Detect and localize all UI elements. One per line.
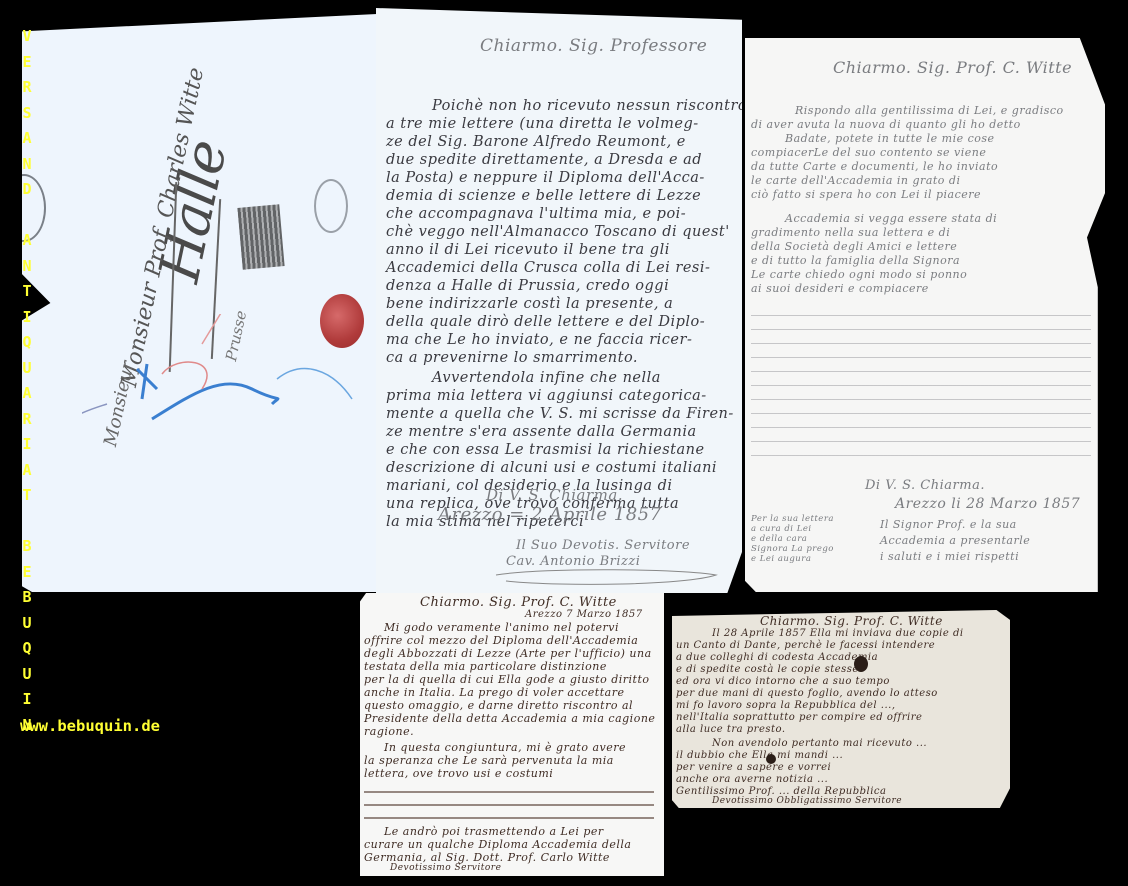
watermark-letter: R [19,407,35,433]
letter-line: Non avendolo pertanto mai ricevuto ... [712,738,927,749]
letter-salutation: Chiarmo. Sig. Prof. C. Witte [833,58,1072,77]
letter-line: degli Abbozzati di Lezze (Arte per l'uff… [364,647,652,660]
watermark-letter: E [19,560,35,586]
watermark-letter: D [19,177,35,203]
letter-closing: Di V. S. Chiarma. [486,486,623,504]
postscript-line: Signora La prego [751,544,834,554]
letter-line: e che con essa Le trasmisi la richiestan… [386,442,705,458]
letter-line: ma che Le ho inviato, e ne faccia ricer- [386,332,692,348]
postscript-line: i saluti e i miei rispetti [880,550,1019,563]
watermark-letter: Q [19,330,35,356]
letter-line: la speranza che Le sarà pervenuta la mia [364,754,614,767]
watermark-letter: N [19,152,35,178]
watermark-letter: B [19,585,35,611]
letter-line: nell'Italia soprattutto per compire ed o… [676,712,922,723]
ink-blot [766,754,776,764]
letter-place-date: Arezzo = 2 Aprile 1857 [438,504,662,525]
letter-body-filler [364,783,654,823]
letter-line: Le andrò poi trasmettendo a Lei per [384,825,604,838]
letter-line: della quale dirò delle lettere e del Dip… [386,314,705,330]
watermark-letter: T [19,279,35,305]
letter-line: lettera, ove trovo usi e costumi [364,767,553,780]
letter-line: un Canto di Dante, perchè le facessi int… [676,640,935,651]
watermark-letter: V [19,24,35,50]
watermark-letter: I [19,305,35,331]
letter-line: anno il di Lei ricevuto il bene tra gli [386,242,670,258]
watermark-letter: U [19,356,35,382]
watermark-letter: I [19,687,35,713]
watermark-vertical-text: V E R S A N D A N T I Q U A R I A T B E … [19,24,35,738]
letter-line: Avvertendola infine che nella [432,370,661,386]
letter-line: di aver avuta la nuova di quanto gli ho … [751,118,1021,131]
postscript-line: Il Signor Prof. e la sua [880,518,1017,531]
signature-flourish-icon [486,563,726,593]
watermark-letter [19,509,35,535]
letter-salutation: Chiarmo. Sig. Prof. C. Witte [420,595,617,610]
letter-closing: Devotissimo Obbligatissimo Servitore [712,796,902,806]
watermark-letter: A [19,126,35,152]
letter-line: Accademici della Crusca colla di Lei res… [386,260,710,276]
letter-line: demia di scienze e belle lettere di Lezz… [386,188,701,204]
letter-line: mente a quella che V. S. mi scrisse da F… [386,406,734,422]
letter-line: le carte dell'Accademia in grato di [751,174,960,187]
letter-line: da tutte Carte e documenti, le ho inviat… [751,160,998,173]
postmark-circle [314,179,348,233]
watermark-letter: U [19,611,35,637]
letter-line: prima mia lettera vi aggiunsi categorica… [386,388,707,404]
letter-line: per la di quella di cui Ella gode a gius… [364,673,650,686]
letter-arezzo-7-march-1857: Chiarmo. Sig. Prof. C. Witte Arezzo 7 Ma… [360,593,664,876]
postscript-line: e della cara [751,534,807,544]
letter-line: che accompagnava l'ultima mia, e poi- [386,206,686,222]
letter-place-date: Arezzo 7 Marzo 1857 [525,609,643,620]
watermark-letter: N [19,254,35,280]
letter-line: ze del Sig. Barone Alfredo Reumont, e [386,134,686,150]
letter-salutation: Chiarmo. Sig. Professore [480,36,707,56]
letter-line: compiacerLe del suo contento se viene [751,146,986,159]
letter-salutation: Chiarmo. Sig. Prof. C. Witte [760,614,943,628]
letter-line: la Posta) e neppure il Diploma dell'Acca… [386,170,705,186]
letter-line: curare un qualche Diploma Accademia dell… [364,838,631,851]
letter-line: ca a prevenirne lo smarrimento. [386,350,638,366]
letter-line: ai suoi desideri e compiacere [751,282,929,295]
watermark-letter: U [19,662,35,688]
letter-line: chè veggo nell'Almanacco Toscano di ques… [386,224,730,240]
letter-line: ed ora vi dico intorno che a suo tempo [676,676,890,687]
watermark-letter [19,203,35,229]
letter-line: Mi godo veramente l'animo nel potervi [384,621,619,634]
letter-line: Poichè non ho ricevuto nessun riscontro [432,98,742,114]
letter-arezzo-28-march-1857: Chiarmo. Sig. Prof. C. Witte Rispondo al… [745,38,1105,592]
website-link[interactable]: www.bebuquin.de [20,717,160,735]
watermark-letter: T [19,483,35,509]
watermark-letter: A [19,228,35,254]
letter-line: ragione. [364,725,414,738]
letter-body-filler [751,306,1091,466]
letter-line: alla luce tra presto. [676,724,786,735]
letter-closing: Devotissimo Servitore [390,863,501,873]
letter-line: a due colleghi di codesta Accademia [676,652,878,663]
letter-line: e di spedite costà le copie stesse [676,664,859,675]
letter-line: Le carte chiedo ogni modo si ponno [751,268,967,281]
letter-line: Presidente della detta Accademia a mia c… [364,712,655,725]
letter-line: per venire a sapere e vorrei [676,762,831,773]
letter-line: per due mani di questo foglio, avendo lo… [676,688,938,699]
letter-line: descrizione di alcuni usi e costumi ital… [386,460,717,476]
ink-blot [854,656,868,672]
letter-line: due spedite direttamente, a Dresda e ad [386,152,702,168]
letter-line: testata della mia particolare distinzion… [364,660,607,673]
watermark-letter: B [19,534,35,560]
letter-line: questo omaggio, e darne diretto riscontr… [364,699,633,712]
ink-flourish-icon [82,314,377,424]
letter-line: Il 28 Aprile 1857 Ella mi inviava due co… [712,628,964,639]
postscript-line: e Lei augura [751,554,811,564]
watermark-letter: S [19,101,35,127]
letter-line: bene indirizzarle costì la presente, a [386,296,673,312]
letter-line: gradimento nella sua lettera e di [751,226,950,239]
letter-line: In questa congiuntura, mi è grato avere [384,741,626,754]
letter-closing: Di V. S. Chiarma. [865,478,985,493]
letter-line: denza a Halle di Prussia, credo oggi [386,278,669,294]
letter-line: Rispondo alla gentilissima di Lei, e gra… [795,104,1064,117]
postscript-line: Accademia a presentarle [880,534,1030,547]
letter-line: offrire col mezzo del Diploma dell'Accad… [364,634,638,647]
letter-signature: Il Suo Devotis. Servitore [516,538,690,553]
letter-line: ciò fatto si spera ho con Lei il piacere [751,188,981,201]
letter-line: Badate, potete in tutte le mie cose [785,132,995,145]
letter-line: il dubbio che Ella mi mandi ... [676,750,843,761]
postscript-line: Per la sua lettera [751,514,834,524]
watermark-letter: A [19,381,35,407]
watermark-letter: R [19,75,35,101]
watermark-letter: E [19,50,35,76]
letter-line: mi fo lavoro sopra la Repubblica del ...… [676,700,896,711]
letter-place-date: Arezzo li 28 Marzo 1857 [895,496,1080,512]
postscript-line: a cura di Lei [751,524,812,534]
letter-line: e di tutto la famiglia della Signora [751,254,960,267]
letter-line: della Società degli Amici e lettere [751,240,957,253]
watermark-letter: A [19,458,35,484]
envelope: Halle Monsieur Prof. Charles Witte Pruss… [22,14,377,592]
letter-arezzo-2-april-1857: Chiarmo. Sig. Professore Poichè non ho r… [376,8,742,593]
letter-line: Accademia si vegga essere stata di [785,212,997,225]
watermark-letter: I [19,432,35,458]
letter-line: anche in Italia. La prego di voler accet… [364,686,624,699]
letter-line: a tre mie lettere (una diretta le volmeg… [386,116,699,132]
letter-line: anche ora averne notizia ... [676,774,828,785]
letter-line: ze mentre s'era assente dalla Germania [386,424,697,440]
watermark-letter: Q [19,636,35,662]
letter-aged-witte: Chiarmo. Sig. Prof. C. Witte Il 28 April… [672,610,1010,808]
postal-stamp-mark [237,204,284,269]
